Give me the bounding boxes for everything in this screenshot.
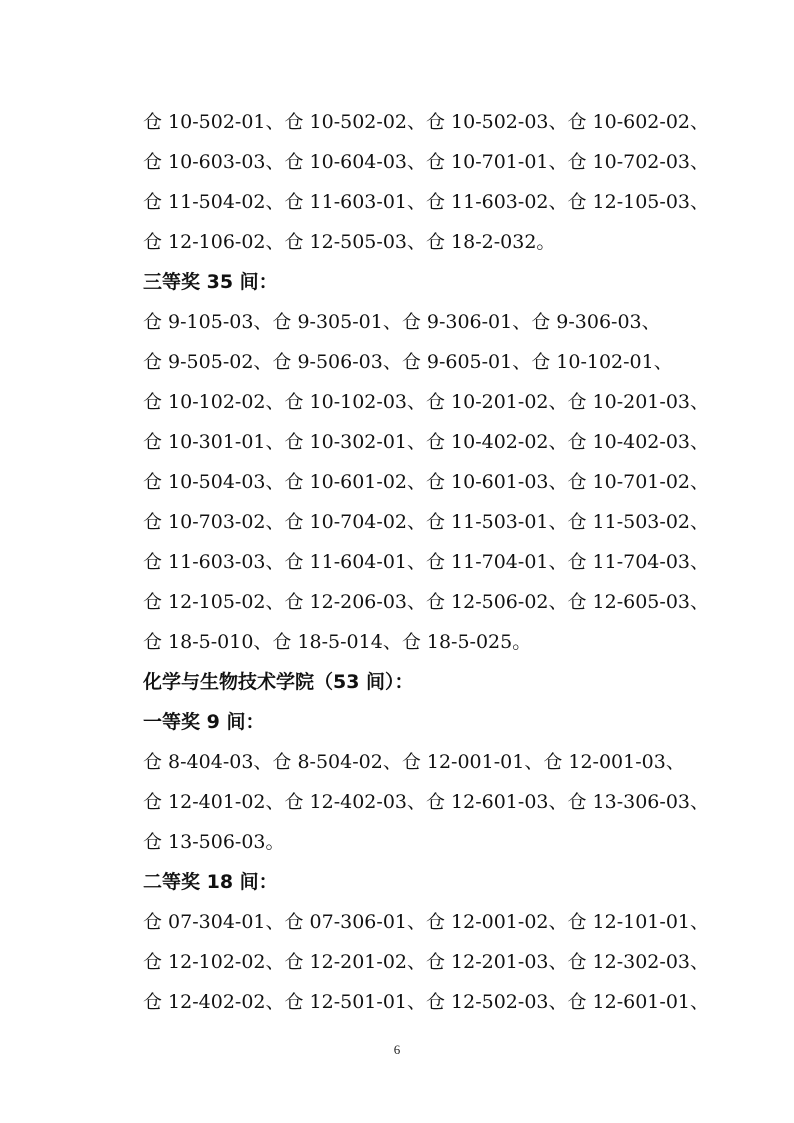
room-list-line: 仓 12-401-02、仓 12-402-03、仓 12-601-03、仓 13… bbox=[143, 782, 703, 822]
room-list-line: 仓 10-703-02、仓 10-704-02、仓 11-503-01、仓 11… bbox=[143, 502, 703, 542]
room-list-line: 仓 07-304-01、仓 07-306-01、仓 12-001-02、仓 12… bbox=[143, 902, 703, 942]
room-list-line: 仓 10-502-01、仓 10-502-02、仓 10-502-03、仓 10… bbox=[143, 102, 703, 142]
room-list-line: 仓 10-301-01、仓 10-302-01、仓 10-402-02、仓 10… bbox=[143, 422, 703, 462]
room-list-line: 仓 12-402-02、仓 12-501-01、仓 12-502-03、仓 12… bbox=[143, 982, 703, 1022]
room-list-line: 仓 9-105-03、仓 9-305-01、仓 9-306-01、仓 9-306… bbox=[143, 302, 703, 342]
page-number: 6 bbox=[0, 1042, 794, 1058]
document-page: 仓 10-502-01、仓 10-502-02、仓 10-502-03、仓 10… bbox=[0, 0, 794, 1123]
document-body: 仓 10-502-01、仓 10-502-02、仓 10-502-03、仓 10… bbox=[143, 102, 703, 1022]
room-list-line: 仓 12-105-02、仓 12-206-03、仓 12-506-02、仓 12… bbox=[143, 582, 703, 622]
room-list-line: 仓 10-102-02、仓 10-102-03、仓 10-201-02、仓 10… bbox=[143, 382, 703, 422]
room-list-line: 仓 13-506-03。 bbox=[143, 822, 703, 862]
room-list-line: 仓 9-505-02、仓 9-506-03、仓 9-605-01、仓 10-10… bbox=[143, 342, 703, 382]
room-list-line: 仓 8-404-03、仓 8-504-02、仓 12-001-01、仓 12-0… bbox=[143, 742, 703, 782]
room-list-line: 仓 18-5-010、仓 18-5-014、仓 18-5-025。 bbox=[143, 622, 703, 662]
room-list-line: 仓 12-106-02、仓 12-505-03、仓 18-2-032。 bbox=[143, 222, 703, 262]
award-heading-first-prize: 一等奖 9 间： bbox=[143, 702, 703, 742]
room-list-line: 仓 11-603-03、仓 11-604-01、仓 11-704-01、仓 11… bbox=[143, 542, 703, 582]
award-heading-third-prize: 三等奖 35 间： bbox=[143, 262, 703, 302]
award-heading-second-prize: 二等奖 18 间： bbox=[143, 862, 703, 902]
room-list-line: 仓 10-603-03、仓 10-604-03、仓 10-701-01、仓 10… bbox=[143, 142, 703, 182]
room-list-line: 仓 12-102-02、仓 12-201-02、仓 12-201-03、仓 12… bbox=[143, 942, 703, 982]
room-list-line: 仓 10-504-03、仓 10-601-02、仓 10-601-03、仓 10… bbox=[143, 462, 703, 502]
room-list-line: 仓 11-504-02、仓 11-603-01、仓 11-603-02、仓 12… bbox=[143, 182, 703, 222]
college-heading: 化学与生物技术学院（53 间）： bbox=[143, 662, 703, 702]
